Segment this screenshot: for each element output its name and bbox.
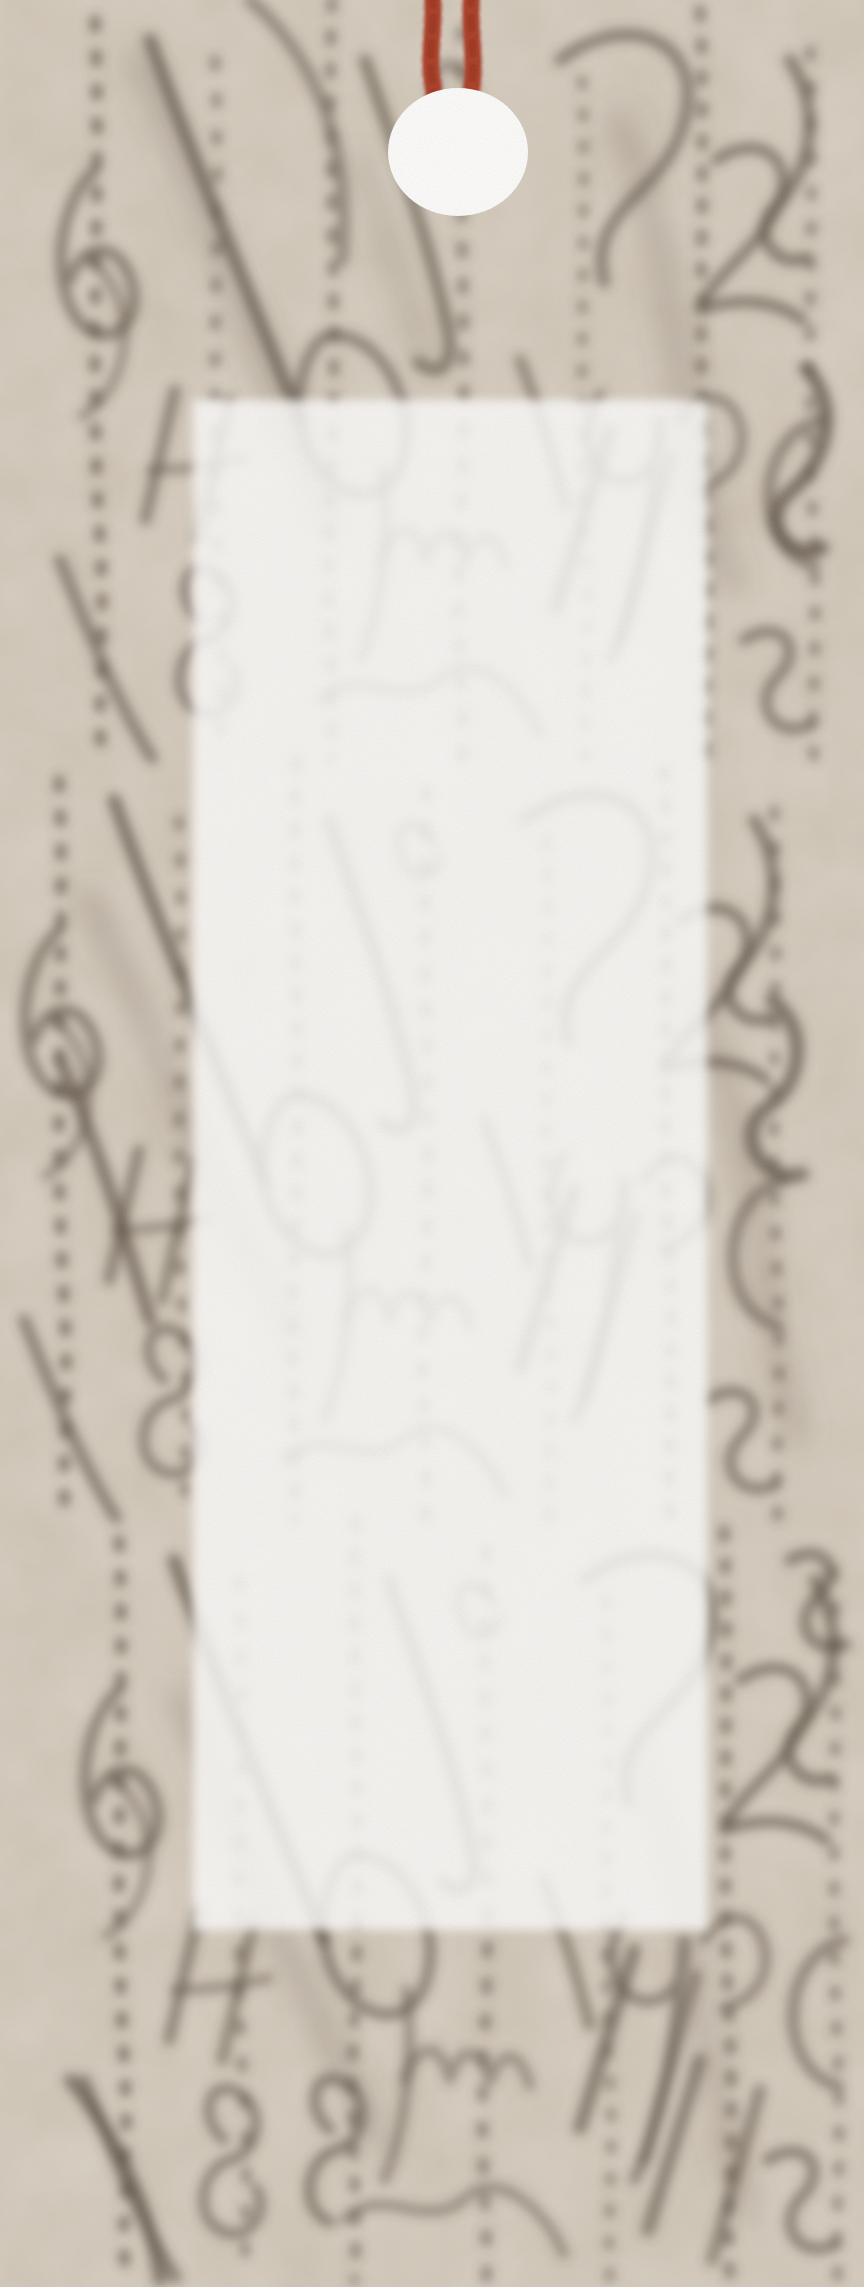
bookmark-photo: Bookmark photograph: blurred antique cur…	[0, 0, 864, 2287]
bookmark-photo-canvas	[0, 0, 864, 2287]
photo-grain-overlay	[0, 0, 864, 2287]
